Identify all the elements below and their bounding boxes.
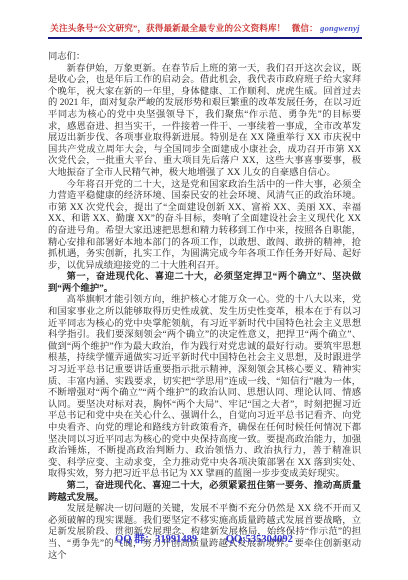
header-notice-text: 关注头条号“公文研究”，获得最新最全最专业的公文资料库！ bbox=[50, 23, 285, 33]
page-footer: QQ 群：31991489 QQ:535304092 bbox=[0, 531, 408, 546]
footer-qq-group: QQ 群：31991489 bbox=[115, 534, 197, 545]
document-body: 同志们： 新春伊始，万象更新。在春节后上班的第一天，我们召开这次会议，既是收心会… bbox=[48, 52, 361, 562]
section-2-heading: 第二，奋进现代化、喜迎二十大，必须紧紧扭住第一要务、推动高质量跨越式发展。 bbox=[48, 481, 361, 504]
header-wechat-label: 微信： bbox=[292, 23, 318, 33]
section-1-body: 高举旗帜才能引领方向，维护核心才能万众一心。党的十八大以来，党和国家事业之所以能… bbox=[48, 295, 361, 481]
paragraph-opening: 新春伊始，万象更新。在春节后上班的第一天，我们召开这次会议，既是收心会，也是年后… bbox=[48, 64, 361, 180]
document-page: 关注头条号“公文研究”，获得最新最全最专业的公文资料库！ 微信： gongwen… bbox=[0, 0, 408, 580]
page-header: 关注头条号“公文研究”，获得最新最全最专业的公文资料库！ 微信： gongwen… bbox=[48, 22, 362, 39]
paragraph-outlook: 今年将召开党的二十大，这是党和国家政治生活中的一件大事，必须全力营造平稳健康的经… bbox=[48, 180, 361, 273]
salutation: 同志们： bbox=[48, 52, 361, 64]
footer-qq: QQ:535304092 bbox=[226, 534, 293, 545]
section-1-heading: 第一，奋进现代化、喜迎二十大，必须坚定捍卫“两个确立”、坚决做到“两个维护”。 bbox=[48, 272, 361, 295]
header-wechat-id: gongwenyj bbox=[320, 23, 360, 33]
